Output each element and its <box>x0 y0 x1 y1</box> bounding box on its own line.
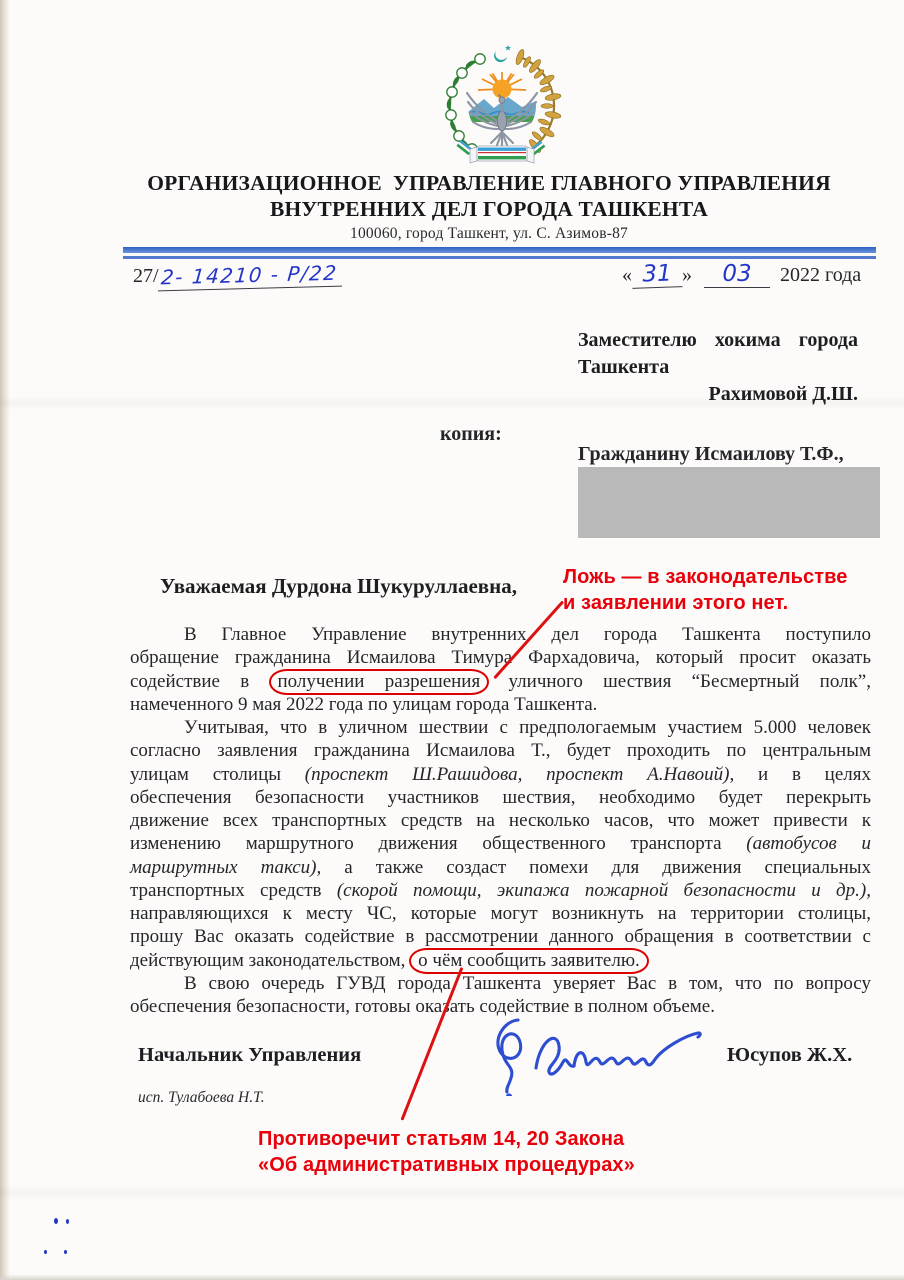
scan-edge <box>0 1274 904 1280</box>
paper-crease <box>0 1186 904 1200</box>
body-text-segment: направляющихся к месту ЧС, которые могут… <box>130 903 871 924</box>
date-year: 2022 года <box>780 264 861 286</box>
reference-printed-prefix: 27/ <box>133 265 159 287</box>
date-line: «31»032022 года <box>622 261 861 288</box>
body-text-segment: уличного шествия “Бесмертный полк”, <box>488 671 871 692</box>
ink-speck <box>66 1219 69 1224</box>
date-month-handwritten: 03 <box>704 261 770 288</box>
body-line: обеспечения безопасности участников шест… <box>130 786 871 809</box>
copy-recipient: Гражданину Исмаилову Т.Ф., <box>578 443 844 466</box>
addressee-name: Рахимовой Д.Ш. <box>578 381 858 408</box>
handwritten-signature <box>480 1008 712 1096</box>
letterhead-rule <box>123 247 876 253</box>
letterhead: ОРГАНИЗАЦИОННОЕ УПРАВЛЕНИЕ ГЛАВНОГО УПРА… <box>74 170 904 245</box>
addressee-block: Заместителю хокима города Ташкента Рахим… <box>578 327 858 408</box>
scanned-letter-page: ОРГАНИЗАЦИОННОЕ УПРАВЛЕНИЕ ГЛАВНОГО УПРА… <box>0 0 904 1280</box>
body-text-segment: (проспект Ш.Рашидова, проспект А.Навоий)… <box>305 764 734 785</box>
uzbekistan-state-emblem-icon <box>437 44 567 168</box>
red-circled-phrase: о чём сообщить заявителю. <box>409 948 649 975</box>
annotation-top-line2: и заявлении этого нет. <box>563 591 848 617</box>
body-text-segment: изменению маршрутного движения обществен… <box>130 833 746 854</box>
body-line: В Главное Управление внутренних дел горо… <box>130 623 871 646</box>
body-line: действующим законодательством, о чём соо… <box>130 949 871 972</box>
body-text-segment: действующим законодательством, <box>130 950 410 971</box>
annotation-top-line1: Ложь — в законодательстве <box>563 565 848 591</box>
body-text-segment: (скорой помощи, экипажа пожарной безопас… <box>337 880 871 901</box>
copy-label: копия: <box>440 423 502 446</box>
body-line: обращение гражданина Исмаилова Тимура Фа… <box>130 646 871 669</box>
body-line: намеченного 9 мая 2022 года по улицам го… <box>130 693 871 716</box>
annotation-bottom: Противоречит статьям 14, 20 Закона «Об а… <box>258 1127 635 1178</box>
body-text-segment: и в целях <box>734 764 871 785</box>
ink-speck <box>54 1218 58 1224</box>
body-line: движение всех транспортных средств на не… <box>130 809 871 832</box>
body-text-segment: обеспечения безопасности участников шест… <box>130 787 871 808</box>
annotation-top: Ложь — в законодательстве и заявлении эт… <box>563 565 848 616</box>
body-line: Учитывая, что в уличном шествии с предпо… <box>130 716 871 739</box>
body-text-segment: (автобусов и <box>746 833 871 854</box>
executor-note: исп. Тулабоева Н.Т. <box>138 1089 265 1107</box>
body-line: улицам столицы (проспект Ш.Рашидова, про… <box>130 763 871 786</box>
reference-number: 27/2- 14210 - Р/22 <box>133 263 342 289</box>
body-line: В свою очередь ГУВД города Ташкента увер… <box>130 972 871 995</box>
body-text-segment: а также создаст помехи для движения спец… <box>321 857 871 878</box>
body-line: изменению маршрутного движения обществен… <box>130 832 871 855</box>
reference-handwritten-number: 2- 14210 - Р/22 <box>158 261 344 292</box>
body-text-segment: маршрутных такси), <box>130 857 321 878</box>
annotation-bottom-line1: Противоречит статьям 14, 20 Закона <box>258 1127 635 1153</box>
body-text-segment: обращение гражданина Исмаилова Тимура Фа… <box>130 647 871 668</box>
letter-body: В Главное Управление внутренних дел горо… <box>130 623 871 1018</box>
addressee-line1: Заместителю хокима города <box>578 327 858 354</box>
salutation: Уважаемая Дурдона Шукуруллаевна, <box>160 574 517 599</box>
signer-name: Юсупов Ж.Х. <box>727 1044 852 1067</box>
body-line: транспортных средств (скорой помощи, эки… <box>130 879 871 902</box>
body-line: прошу Вас оказать содействие в рассмотре… <box>130 925 871 948</box>
annotation-bottom-line2: «Об административных процедурах» <box>258 1153 635 1179</box>
body-text-segment: согласно заявления гражданина Исмаилова … <box>130 740 871 761</box>
body-text-segment: улицам столицы <box>130 764 305 785</box>
date-open-quote: « <box>622 264 632 286</box>
body-text-segment: прошу Вас оказать содействие в рассмотре… <box>130 926 871 947</box>
ink-speck <box>44 1250 47 1254</box>
red-circled-phrase: получении разрешения <box>269 669 490 696</box>
org-name-line2: ВНУТРЕННИХ ДЕЛ ГОРОДА ТАШКЕНТА <box>74 196 904 222</box>
body-text-segment: Учитывая, что в уличном шествии с предпо… <box>184 717 871 738</box>
body-text-segment: содействие в <box>130 671 270 692</box>
ink-speck <box>64 1250 67 1254</box>
signer-title: Начальник Управления <box>138 1044 361 1067</box>
letterhead-rule-thin <box>123 256 876 259</box>
date-day-handwritten: 31 <box>632 260 683 289</box>
redacted-address-block <box>578 467 880 538</box>
org-address: 100060, город Ташкент, ул. С. Азимов-87 <box>74 223 904 245</box>
org-name-line1: ОРГАНИЗАЦИОННОЕ УПРАВЛЕНИЕ ГЛАВНОГО УПРА… <box>74 170 904 196</box>
body-line: маршрутных такси), а также создаст помех… <box>130 856 871 879</box>
body-text-segment: В свою очередь ГУВД города Ташкента увер… <box>184 973 871 994</box>
scan-edge <box>0 0 10 1280</box>
body-text-segment: намеченного 9 мая 2022 года по улицам го… <box>130 694 597 715</box>
body-line: согласно заявления гражданина Исмаилова … <box>130 739 871 762</box>
body-text-segment: движение всех транспортных средств на не… <box>130 810 871 831</box>
date-close-quote: » <box>682 264 692 286</box>
body-line: направляющихся к месту ЧС, которые могут… <box>130 902 871 925</box>
addressee-line2: Ташкента <box>578 354 858 381</box>
body-text-segment: транспортных средств <box>130 880 337 901</box>
